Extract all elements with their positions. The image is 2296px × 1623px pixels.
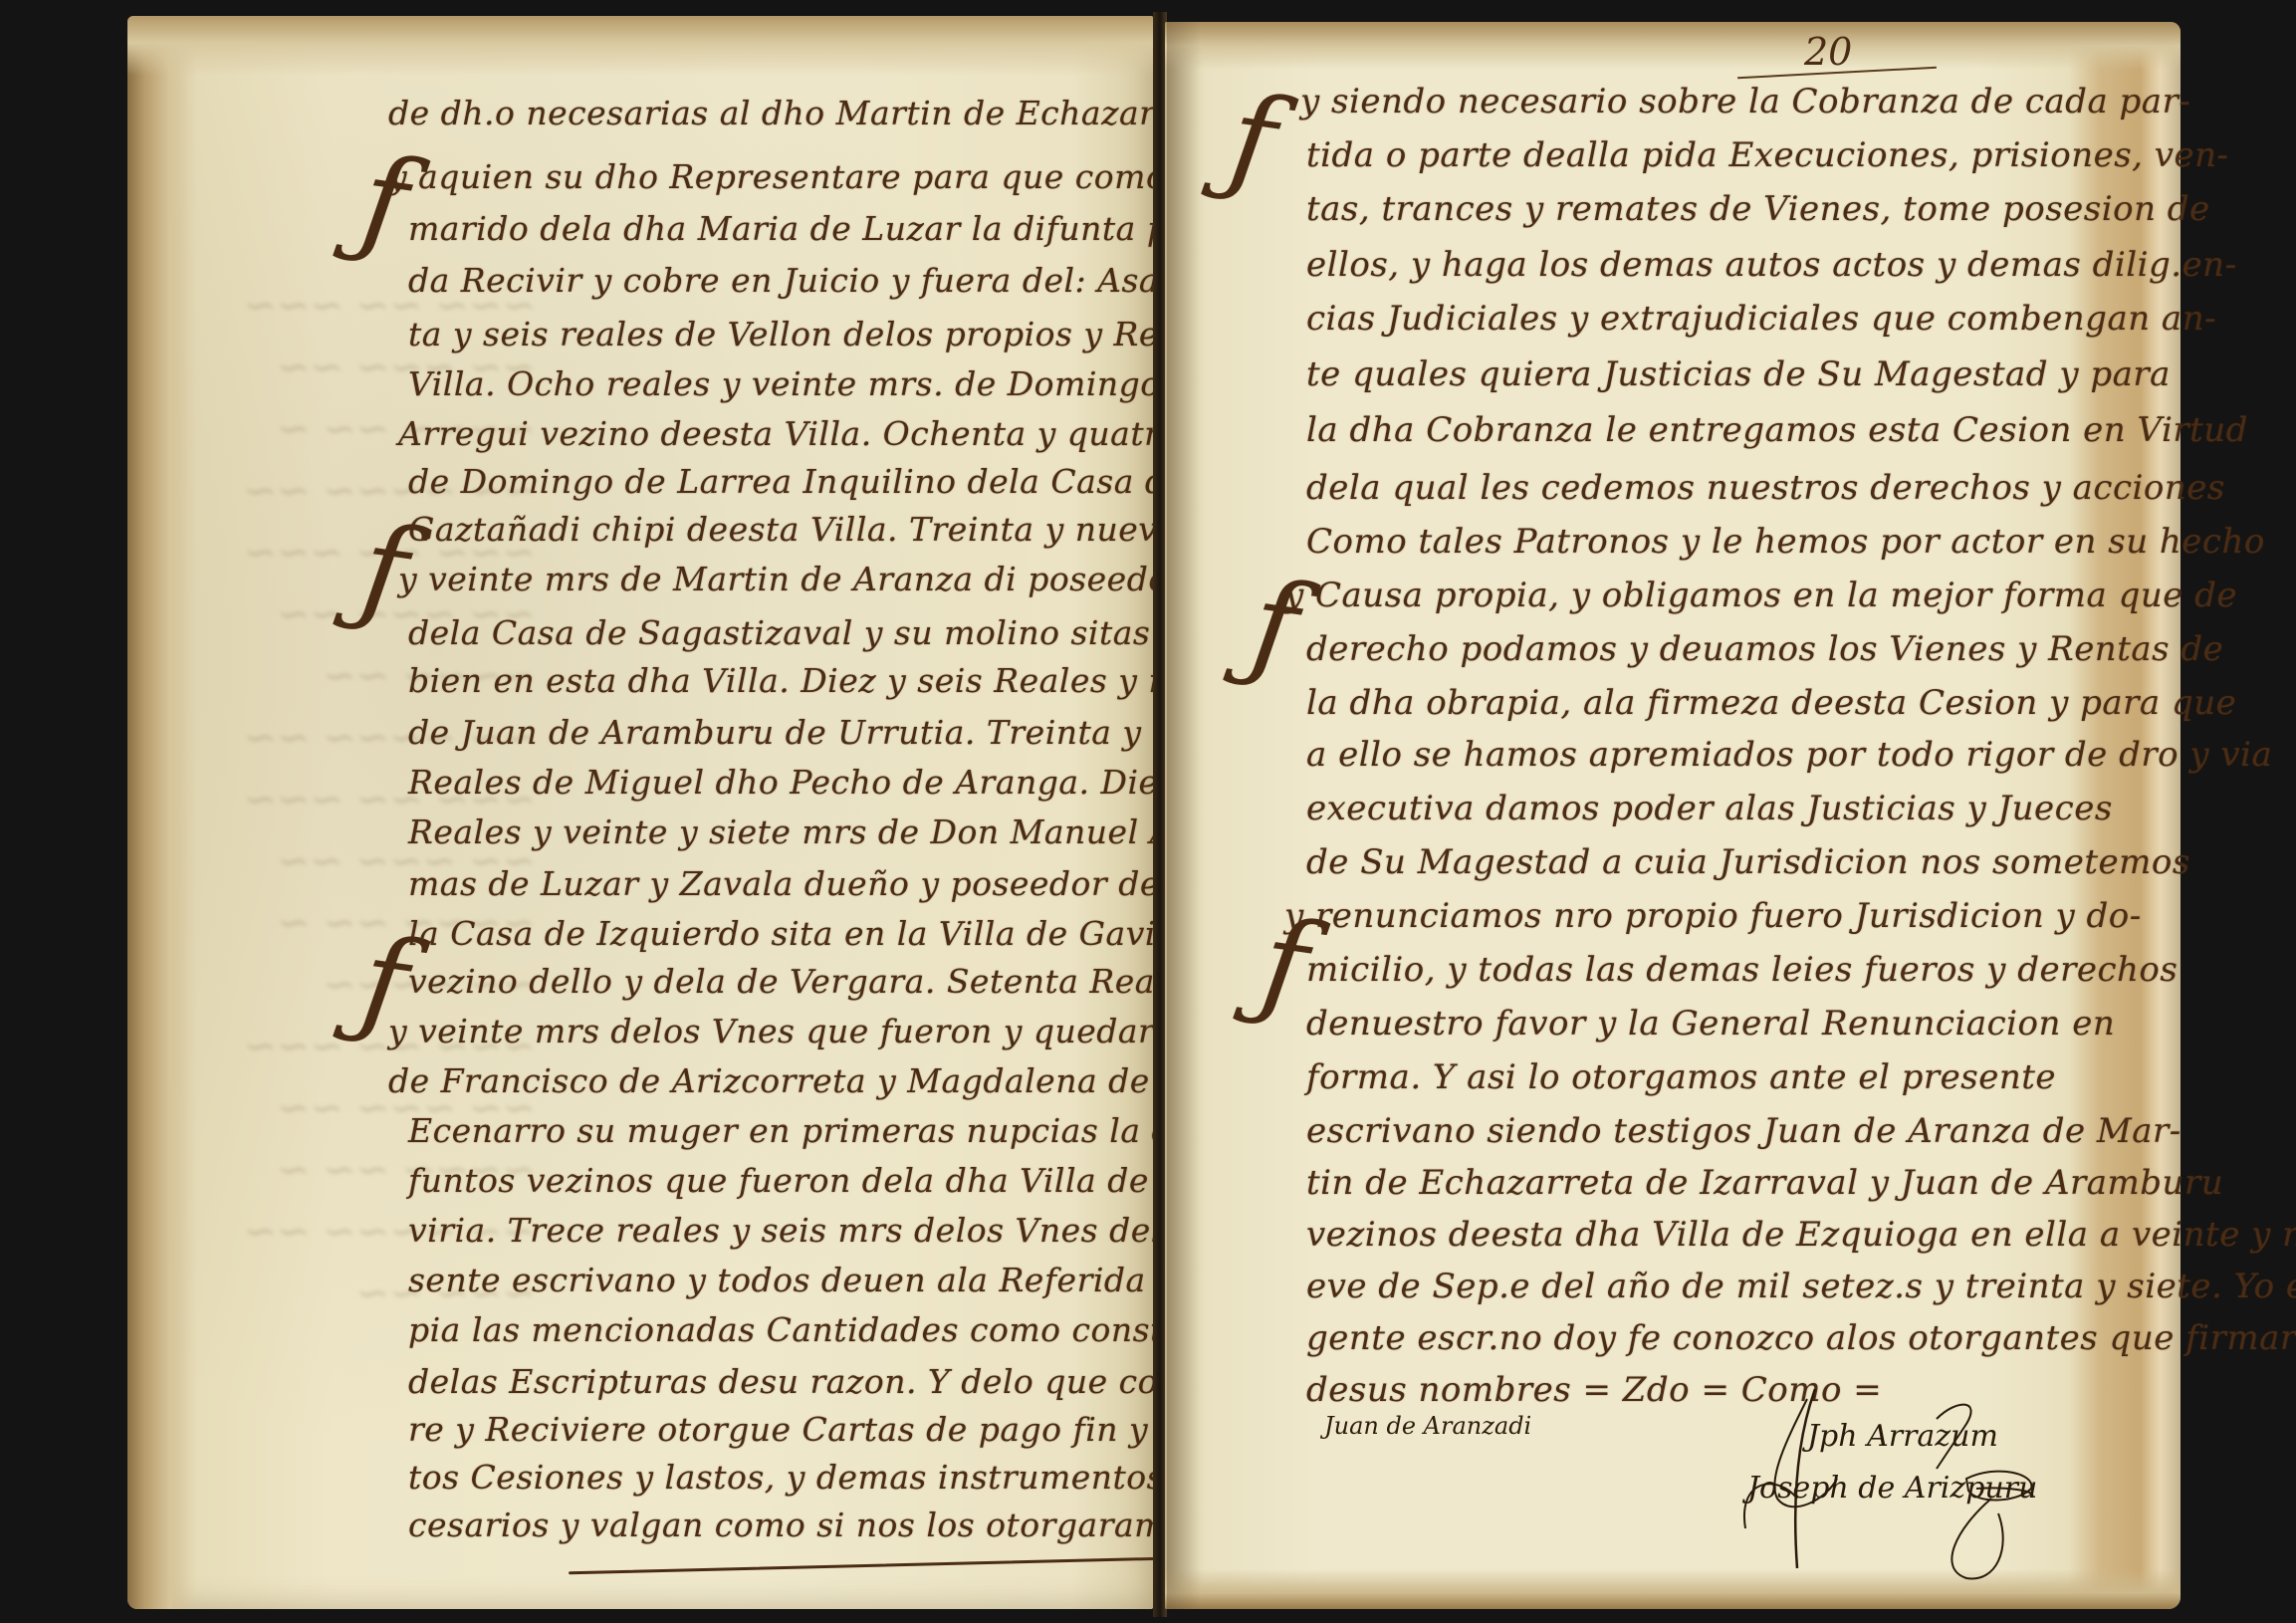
text-line: de Su Magestad a cuia Jurisdicion nos so…	[1306, 842, 2190, 882]
text-line: bien en esta dha Villa. Diez y seis Real…	[408, 661, 1253, 700]
text-line: denuestro favor y la General Renunciacio…	[1306, 1004, 2115, 1043]
text-line: micilio, y todas las demas leies fueros …	[1306, 950, 2178, 990]
text-line: y veinte mrs de Martin de Aranza di pose…	[398, 560, 1185, 598]
signature-line-1: Jph Arrazum	[1807, 1419, 1998, 1454]
text-line: y Causa propia, y obligamos en la mejor …	[1284, 576, 2237, 615]
text-line: derecho podamos y deuamos los Vienes y R…	[1306, 629, 2223, 669]
text-line: funtos vezinos que fueron dela dha Villa…	[408, 1161, 1219, 1200]
text-line: a ello se hamos apremiados por todo rigo…	[1306, 735, 2272, 775]
text-line: delas Escripturas desu razon. Y delo que…	[408, 1362, 1228, 1401]
text-line: la dha obrapia, ala firmeza deesta Cesio…	[1306, 683, 2236, 723]
text-line: de Juan de Aramburu de Urrutia. Treinta …	[408, 713, 1220, 752]
text-line: Ecenarro su muger en primeras nupcias la…	[408, 1111, 1196, 1150]
witness-signature: Juan de Aranzadi	[1324, 1412, 1531, 1440]
text-line: cesarios y valgan como si nos los otorga…	[408, 1506, 1204, 1544]
text-line: tos Cesiones y lastos, y demas instrumen…	[408, 1458, 1229, 1497]
text-line: ellos, y haga los demas autos actos y de…	[1306, 245, 2237, 285]
text-line: tida o parte dealla pida Execuciones, pr…	[1306, 135, 2229, 175]
manuscript-photo: ~~~ ~~ ~~~~~ ~~~ ~~~~~~ ~~ ~~~ ~~~~ ~~~~…	[0, 0, 2296, 1623]
text-line: executiva damos poder alas Justicias y J…	[1306, 789, 2113, 828]
text-line: la dha Cobranza le entregamos esta Cesio…	[1306, 410, 2248, 450]
text-line: Villa. Ocho reales y veinte mrs. de Domi…	[408, 364, 1213, 403]
margin-y-flourish: ƒ	[353, 131, 416, 275]
text-line: y renunciamos nro propio fuero Jurisdici…	[1284, 896, 2142, 936]
text-line: mas de Luzar y Zavala dueño y poseedor d…	[408, 864, 1160, 903]
text-line: dela qual les cedemos nuestros derechos …	[1306, 468, 2225, 508]
text-line: dela Casa de Sagastizaval y su molino si…	[408, 613, 1227, 652]
text-line: forma. Y asi lo otorgamos ante el presen…	[1306, 1057, 2056, 1097]
text-line: vezinos deesta dha Villa de Ezquioga en …	[1306, 1215, 2296, 1255]
text-line: Reales y veinte y siete mrs de Don Manue…	[408, 812, 1241, 851]
text-line: pia las mencionadas Cantidades como cons…	[408, 1310, 1184, 1349]
text-line: cias Judiciales y extrajudiciales que co…	[1306, 299, 2216, 339]
notary-signature: Jph Arrazum Joseph de Arizpuru	[1737, 1379, 2066, 1578]
text-line: te quales quiera Justicias de Su Magesta…	[1306, 354, 2171, 394]
text-line: marido dela dha Maria de Luzar la difunt…	[408, 209, 1191, 248]
text-line: re y Reciviere otorgue Cartas de pago fi…	[408, 1410, 1225, 1449]
text-line: de Francisco de Arizcorreta y Magdalena …	[388, 1061, 1150, 1100]
text-line: la Casa de Izquierdo sita en la Villa de…	[408, 914, 1203, 953]
text-line: vezino dello y dela de Vergara. Setenta …	[408, 962, 1204, 1001]
text-line: tas, trances y remates de Vienes, tome p…	[1306, 189, 2210, 229]
left-page: ~~~ ~~ ~~~~~ ~~~ ~~~~~~ ~~ ~~~ ~~~~ ~~~~…	[127, 16, 1153, 1609]
text-line: gente escr.no doy fe conozco alos otorga…	[1306, 1318, 2296, 1358]
text-line: y siendo necesario sobre la Cobranza de …	[1300, 82, 2190, 121]
text-line: tin de Echazarreta de Izarraval y Juan d…	[1306, 1163, 2223, 1203]
text-line: de dh.o necesarias al dho Martin de Echa…	[388, 94, 1226, 132]
text-line: de Domingo de Larrea Inquilino dela Casa…	[408, 462, 1187, 501]
text-line: y aquien su dho Representare para que co…	[388, 157, 1222, 196]
text-line: Gaztañadi chipi deesta Villa. Treinta y …	[408, 510, 1225, 549]
text-line: Como tales Patronos y le hemos por actor…	[1306, 522, 2265, 562]
text-line: y veinte mrs delos Vnes que fueron y que…	[388, 1012, 1196, 1050]
signature-line-2: Joseph de Arizpuru	[1747, 1471, 2037, 1506]
text-line: viria. Trece reales y seis mrs delos Vne…	[408, 1211, 1242, 1250]
folio-number: 20	[1804, 30, 1852, 74]
text-line: eve de Sep.e del año de mil setez.s y tr…	[1306, 1267, 2296, 1306]
text-line: escrivano siendo testigos Juan de Aranza…	[1306, 1111, 2181, 1151]
text-line: sente escrivano y todos deuen ala Referi…	[408, 1261, 1242, 1299]
